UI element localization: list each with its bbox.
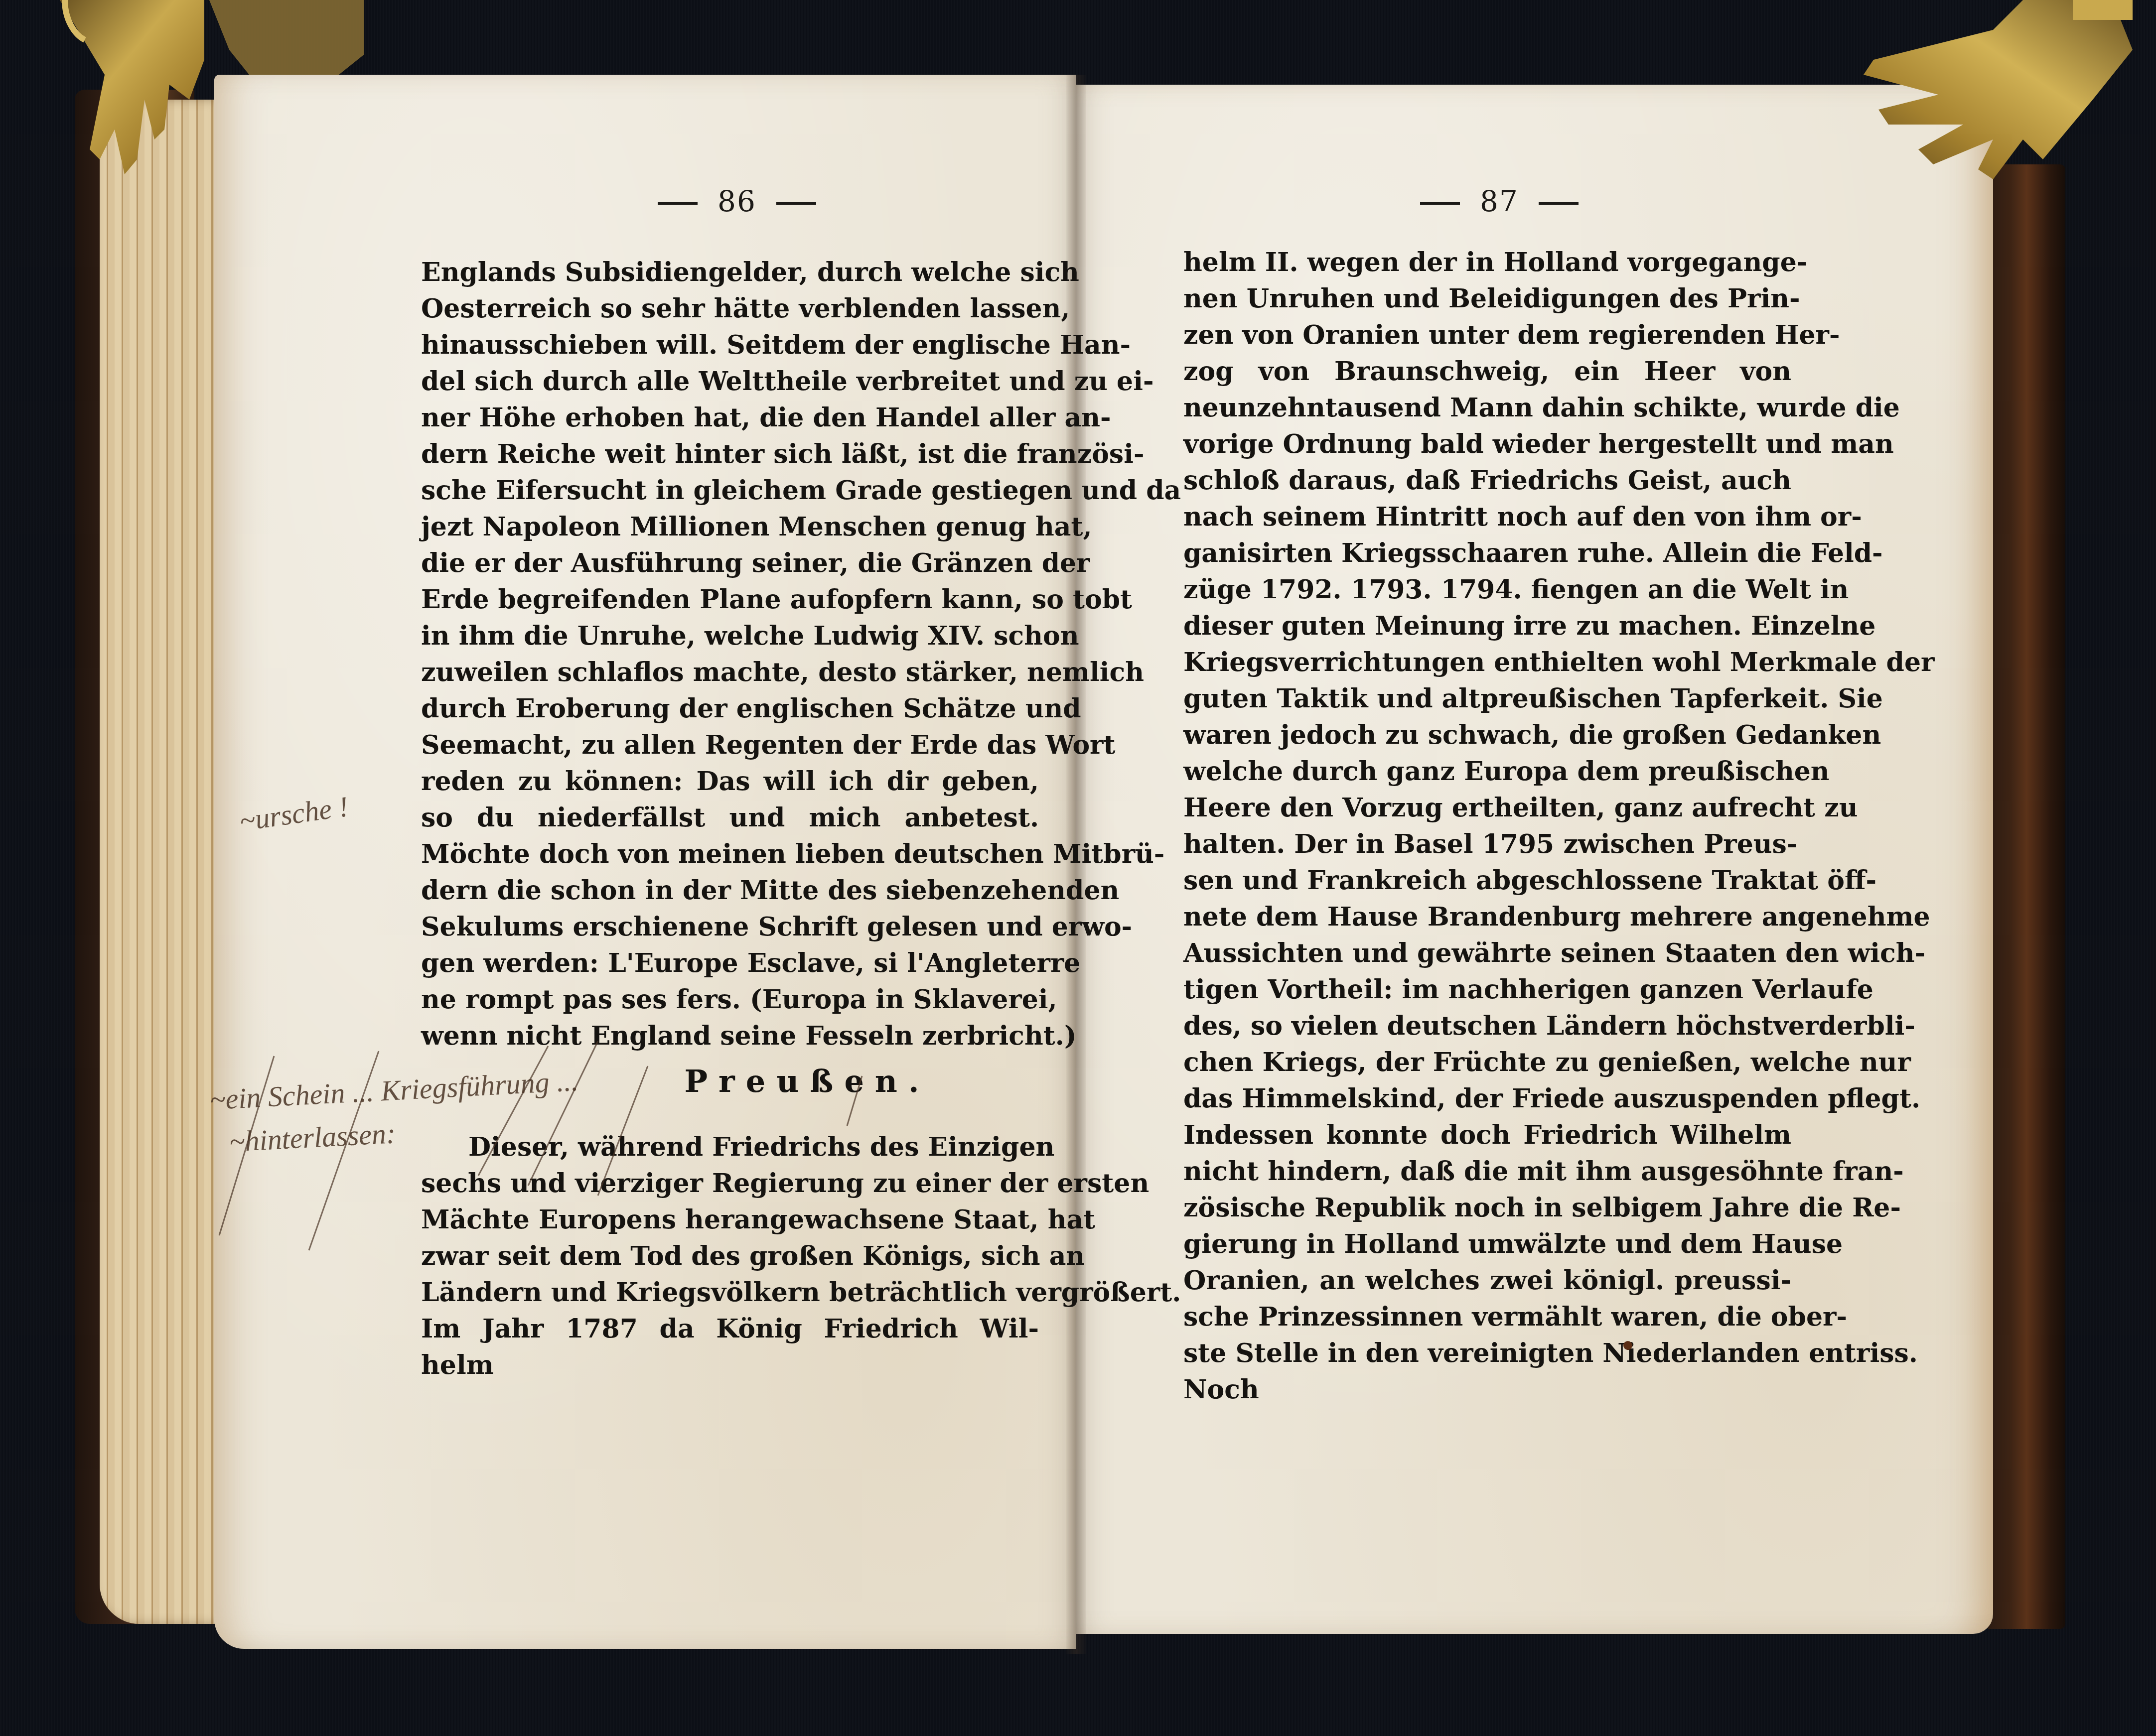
text-line: schloß daraus, daß Friedrichs Geist, auc… [1183,462,1791,499]
text-line: ne rompt pas ses fers. (Europa in Sklave… [421,981,1039,1018]
text-line: dern Reiche weit hinter sich läßt, ist d… [421,436,1039,472]
text-line: helm II. wegen der in Holland vorgegange… [1183,244,1791,280]
text-line: reden zu können: Das will ich dir geben, [421,763,1039,800]
text-line: Ländern und Kriegsvölkern beträchtlich v… [421,1274,1039,1311]
text-line: zen von Oranien unter dem regierenden He… [1183,317,1791,353]
text-line: neunzehntausend Mann dahin schikte, wurd… [1183,390,1791,426]
brass-hand-clip-right-icon [1814,0,2156,209]
page-number-right: 87 [1400,184,1598,218]
text-line: hinausschieben will. Seitdem der englisc… [421,327,1039,363]
text-line: tigen Vortheil: im nachherigen ganzen Ve… [1183,971,1791,1008]
text-line: Kriegsverrichtungen enthielten wohl Merk… [1183,644,1791,680]
text-line: nete dem Hause Brandenburg mehrere angen… [1183,899,1791,935]
book-cover-right [1988,164,2065,1629]
text-line: züge 1792. 1793. 1794. fiengen an die We… [1183,571,1791,608]
text-line: sen und Frankreich abgeschlossene Trakta… [1183,862,1791,899]
text-line: ste Stelle in den vereinigten Niederland… [1183,1335,1791,1371]
folio-dash [776,202,816,205]
text-line: chen Kriegs, der Früchte zu genießen, we… [1183,1044,1791,1080]
text-line: zösische Republik noch in selbigem Jahre… [1183,1190,1791,1226]
text-line: jezt Napoleon Millionen Menschen genug h… [421,509,1039,545]
text-line: sche Prinzessinnen vermählt waren, die o… [1183,1299,1791,1335]
text-line: das Himmelskind, der Friede auszuspenden… [1183,1080,1791,1117]
text-line: in ihm die Unruhe, welche Ludwig XIV. sc… [421,618,1039,654]
catchword: helm [421,1347,1039,1383]
text-line: vorige Ordnung bald wieder hergestellt u… [1183,426,1791,462]
text-line: sche Eifersucht in gleichem Grade gestie… [421,472,1039,509]
text-line: so du niederfällst und mich anbetest. [421,800,1039,836]
text-line: nen Unruhen und Beleidigungen des Prin- [1183,280,1791,317]
page-number-left: 86 [638,184,836,218]
text-line: dern die schon in der Mitte des siebenze… [421,872,1039,909]
folio-dash [1420,202,1460,205]
ink-spot [1623,1341,1632,1350]
text-line: durch Eroberung der englischen Schätze u… [421,690,1039,727]
text-line: Indessen konnte doch Friedrich Wilhelm [1183,1117,1791,1153]
text-line: halten. Der in Basel 1795 zwischen Preus… [1183,826,1791,862]
text-line: Im Jahr 1787 da König Friedrich Wil- [421,1311,1039,1347]
text-line: nicht hindern, daß die mit ihm ausgesöhn… [1183,1153,1791,1190]
handwriting-strokes-icon [199,1036,1046,1260]
text-line: zuweilen schlaflos machte, desto stärker… [421,654,1039,690]
text-line: gen werden: L'Europe Esclave, si l'Angle… [421,945,1039,981]
text-line: Sekulums erschienene Schrift gelesen und… [421,909,1039,945]
folio-dash [1539,202,1579,205]
text-line: Oesterreich so sehr hätte verblenden las… [421,290,1039,327]
text-line: Erde begreifenden Plane aufopfern kann, … [421,581,1039,618]
folio-dash [658,202,698,205]
text-line: dieser guten Meinung irre zu machen. Ein… [1183,608,1791,644]
text-line: des, so vielen deutschen Ländern höchstv… [1183,1008,1791,1044]
text-line: Möchte doch von meinen lieben deutschen … [421,836,1039,872]
text-line: Heere den Vorzug ertheilten, ganz aufrec… [1183,790,1791,826]
text-line: zog von Braunschweig, ein Heer von [1183,353,1791,390]
text-line: ganisirten Kriegsschaaren ruhe. Allein d… [1183,535,1791,571]
text-line: ner Höhe erhoben hat, die den Handel all… [421,400,1039,436]
text-line: guten Taktik und altpreußischen Tapferke… [1183,680,1791,717]
text-line: gierung in Holland umwälzte und dem Haus… [1183,1226,1791,1262]
text-line: Seemacht, zu allen Regenten der Erde das… [421,727,1039,763]
brass-hand-clip-left-icon [40,0,369,179]
catchword: Noch [1183,1371,1791,1408]
text-line: die er der Ausführung seiner, die Gränze… [421,545,1039,581]
text-line: del sich durch alle Welttheile verbreite… [421,363,1039,400]
text-line: nach seinem Hintritt noch auf den von ih… [1183,499,1791,535]
right-page-text: helm II. wegen der in Holland vorgegange… [1183,244,1791,1408]
text-line: waren jedoch zu schwach, die großen Geda… [1183,717,1791,753]
text-line: Oranien, an welches zwei königl. preussi… [1183,1262,1791,1299]
text-line: Englands Subsidiengelder, durch welche s… [421,254,1039,290]
text-line: welche durch ganz Europa dem preußischen [1183,753,1791,790]
text-line: Aussichten und gewährte seinen Staaten d… [1183,935,1791,971]
page-block-edges [100,100,224,1624]
